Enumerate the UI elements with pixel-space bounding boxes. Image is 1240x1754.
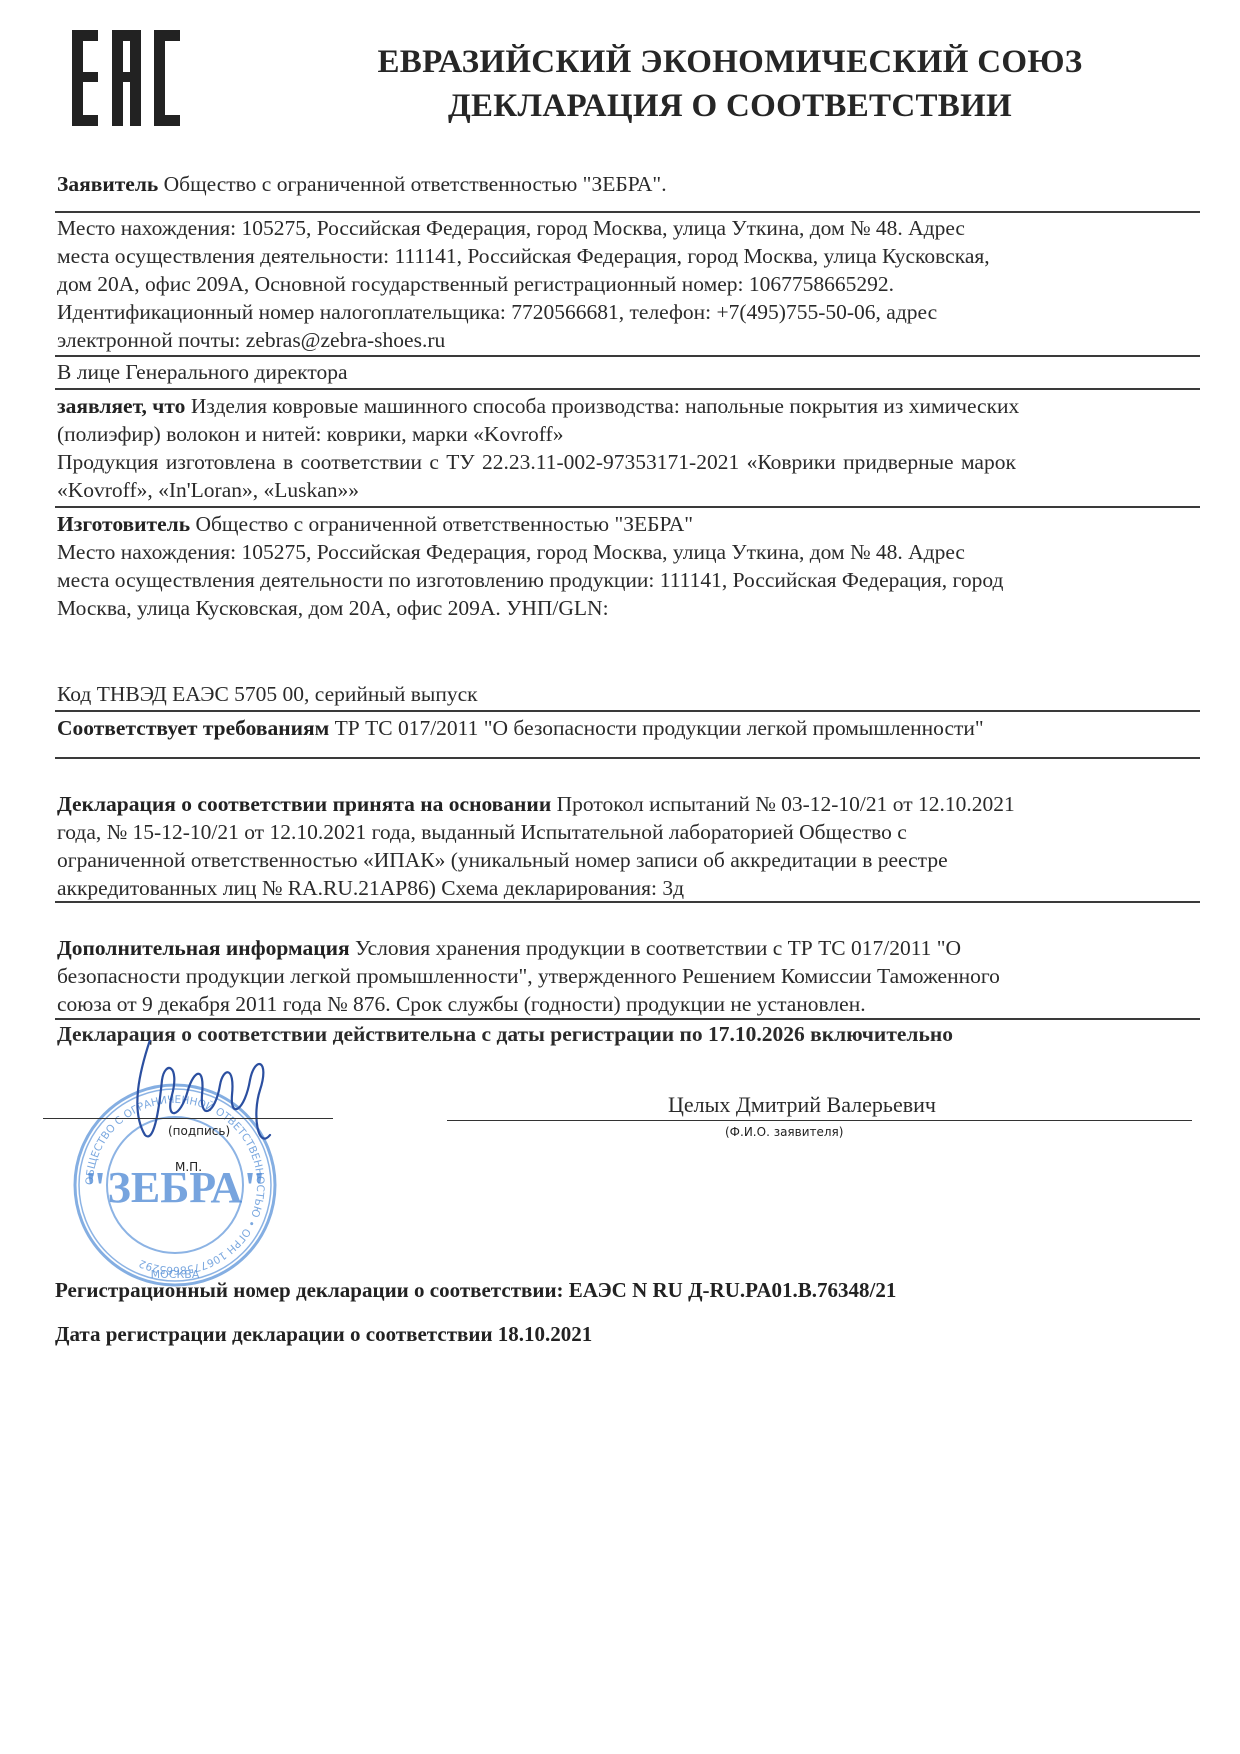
applicant-address-line: дом 20А, офис 209А, Основной государстве…	[57, 270, 1207, 298]
basis-section: Декларация о соответствии принята на осн…	[57, 790, 1207, 902]
compliance-section: Соответствует требованиям ТР ТС 017/2011…	[57, 714, 1207, 742]
applicant-address: Место нахождения: 105275, Российская Фед…	[57, 214, 1207, 354]
signature-line	[43, 1118, 333, 1119]
manufacturer-address-line: Москва, улица Кусковская, дом 20А, офис …	[57, 594, 1207, 622]
manufacturer-address-line: Место нахождения: 105275, Российская Фед…	[57, 538, 1207, 566]
divider	[55, 901, 1200, 903]
applicant-address-line: Место нахождения: 105275, Российская Фед…	[57, 214, 1207, 242]
applicant-label: Заявитель	[57, 172, 158, 196]
declaration-line: (полиэфир) волокон и нитей: коврики, мар…	[57, 420, 1207, 448]
divider	[55, 355, 1200, 357]
signer-name-line	[447, 1120, 1192, 1121]
declaration-line: Изделия ковровые машинного способа произ…	[185, 394, 1019, 418]
registration-number: Регистрационный номер декларации о соотв…	[55, 1278, 896, 1303]
registration-date: Дата регистрации декларации о соответств…	[55, 1322, 592, 1347]
title-declaration: ДЕКЛАРАЦИЯ О СООТВЕТСТВИИ	[300, 84, 1160, 128]
applicant-address-line: Идентификационный номер налогоплательщик…	[57, 298, 1207, 326]
basis-line: года, № 15-12-10/21 от 12.10.2021 года, …	[57, 818, 1207, 846]
divider	[55, 757, 1200, 759]
declaration-label: заявляет, что	[57, 394, 185, 418]
divider	[55, 710, 1200, 712]
signer-caption: (Ф.И.О. заявителя)	[725, 1125, 843, 1139]
basis-line: Протокол испытаний № 03-12-10/21 от 12.1…	[551, 792, 1015, 816]
applicant-address-line: места осуществления деятельности: 111141…	[57, 242, 1207, 270]
basis-label: Декларация о соответствии принята на осн…	[57, 792, 551, 816]
eac-logo-icon	[72, 30, 180, 126]
manufacturer-section: Изготовитель Общество с ограниченной отв…	[57, 510, 1207, 622]
document-title: ЕВРАЗИЙСКИЙ ЭКОНОМИЧЕСКИЙ СОЮЗ ДЕКЛАРАЦИ…	[300, 40, 1160, 128]
product-code: Код ТНВЭД ЕАЭС 5705 00, серийный выпуск	[57, 680, 1207, 708]
applicant-section: Заявитель Общество с ограниченной ответс…	[57, 170, 1207, 198]
applicant-name: Общество с ограниченной ответственностью…	[158, 172, 666, 196]
manufacturer-address-line: места осуществления деятельности по изго…	[57, 566, 1207, 594]
divider	[55, 211, 1200, 213]
divider	[55, 388, 1200, 390]
divider	[55, 506, 1200, 508]
signer-name: Целых Дмитрий Валерьевич	[668, 1092, 936, 1118]
additional-info-line: союза от 9 декабря 2011 года № 876. Срок…	[57, 990, 1207, 1018]
declaration-line: Продукция изготовлена в соответствии с Т…	[57, 448, 1207, 476]
basis-line: аккредитованных лиц № RA.RU.21AP86) Схем…	[57, 874, 1207, 902]
basis-line: ограниченной ответственностью «ИПАК» (ун…	[57, 846, 1207, 874]
title-union: ЕВРАЗИЙСКИЙ ЭКОНОМИЧЕСКИЙ СОЮЗ	[300, 40, 1160, 84]
manufacturer-name: Общество с ограниченной ответственностью…	[190, 512, 693, 536]
manufacturer-label: Изготовитель	[57, 512, 190, 536]
additional-info-line: Условия хранения продукции в соответстви…	[350, 936, 961, 960]
compliance-text: ТР ТС 017/2011 "О безопасности продукции…	[329, 716, 983, 740]
compliance-label: Соответствует требованиям	[57, 716, 329, 740]
applicant-email-line: электронной почты: zebras@zebra-shoes.ru	[57, 326, 1207, 354]
declaration-line: «Kovroff», «In'Loran», «Luskan»»	[57, 476, 1207, 504]
applicant-representative: В лице Генерального директора	[57, 358, 1207, 386]
additional-info-line: безопасности продукции легкой промышленн…	[57, 962, 1207, 990]
declaration-section: заявляет, что Изделия ковровые машинного…	[57, 392, 1207, 504]
stamp-caption: М.П.	[175, 1160, 202, 1174]
additional-info-label: Дополнительная информация	[57, 936, 350, 960]
additional-info-section: Дополнительная информация Условия хранен…	[57, 934, 1207, 1018]
declaration-document: ЕВРАЗИЙСКИЙ ЭКОНОМИЧЕСКИЙ СОЮЗ ДЕКЛАРАЦИ…	[0, 0, 1240, 1754]
signature-caption: (подпись)	[168, 1124, 230, 1138]
